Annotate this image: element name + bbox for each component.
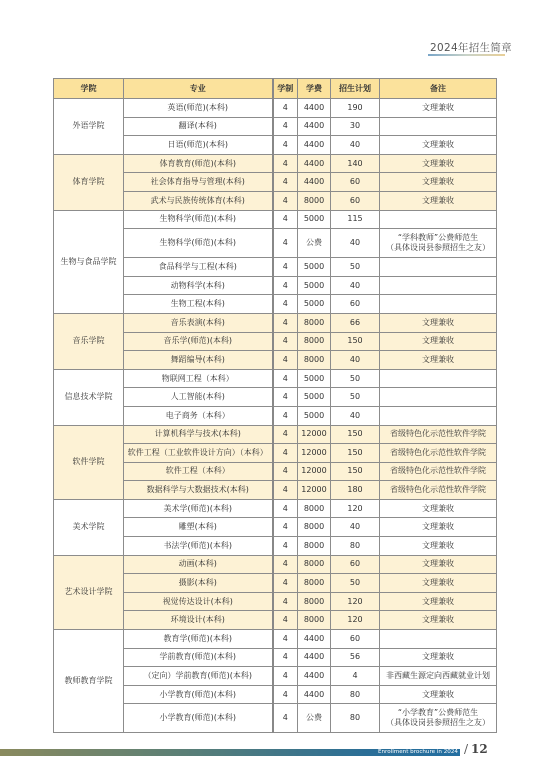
fee-cell: 8000 (298, 499, 331, 518)
major-cell: 学前教育(师范)(本科) (124, 648, 273, 667)
fee-cell: 5000 (298, 210, 331, 229)
note-cell: 文理兼收 (380, 351, 497, 370)
years-cell: 4 (273, 173, 298, 192)
footer-brochure-label: Enrollment brochure in 2024 (372, 749, 460, 756)
plan-cell: 150 (331, 462, 380, 481)
note-cell: 省级特色化示范性软件学院 (380, 481, 497, 500)
years-cell: 4 (273, 667, 298, 686)
college-cell: 艺术设计学院 (54, 555, 124, 629)
table-row: 美术学院美术学(师范)(本科)48000120文理兼收 (54, 499, 497, 518)
note-cell (380, 295, 497, 314)
plan-cell: 50 (331, 369, 380, 388)
plan-cell: 120 (331, 499, 380, 518)
plan-cell: 40 (331, 276, 380, 295)
note-cell: 文理兼收 (380, 136, 497, 155)
years-cell: 4 (273, 369, 298, 388)
years-cell: 4 (273, 462, 298, 481)
note-cell: 文理兼收 (380, 313, 497, 332)
college-cell: 美术学院 (54, 499, 124, 555)
note-cell (380, 210, 497, 229)
plan-cell: 30 (331, 117, 380, 136)
plan-cell: 50 (331, 388, 380, 407)
fee-cell: 4400 (298, 173, 331, 192)
years-cell: 4 (273, 611, 298, 630)
plan-cell: 40 (331, 229, 380, 258)
college-cell: 信息技术学院 (54, 369, 124, 425)
fee-cell: 8000 (298, 574, 331, 593)
plan-cell: 60 (331, 630, 380, 649)
major-cell: 视觉传达设计(本科) (124, 592, 273, 611)
years-cell: 4 (273, 388, 298, 407)
major-cell: 社会体育指导与管理(本科) (124, 173, 273, 192)
plan-cell: 66 (331, 313, 380, 332)
college-cell: 外语学院 (54, 99, 124, 155)
fee-cell: 8000 (298, 592, 331, 611)
years-cell: 4 (273, 518, 298, 537)
note-cell: “小学教育”公费师范生（具体设岗县参照招生之友） (380, 704, 497, 733)
fee-cell: 4400 (298, 630, 331, 649)
table-row: 教师教育学院教育学(师范)(本科)4440060 (54, 630, 497, 649)
plan-cell: 40 (331, 406, 380, 425)
plan-cell: 115 (331, 210, 380, 229)
plan-cell: 120 (331, 611, 380, 630)
plan-cell: 120 (331, 592, 380, 611)
years-cell: 4 (273, 574, 298, 593)
column-header-college: 学院 (54, 79, 124, 99)
plan-cell: 140 (331, 154, 380, 173)
major-cell: 软件工程（本科） (124, 462, 273, 481)
years-cell: 4 (273, 592, 298, 611)
note-cell: 文理兼收 (380, 191, 497, 210)
years-cell: 4 (273, 537, 298, 556)
plan-cell: 60 (331, 555, 380, 574)
note-cell: 文理兼收 (380, 555, 497, 574)
fee-cell: 8000 (298, 191, 331, 210)
note-line-2: （具体设岗县参照招生之友） (380, 718, 496, 728)
years-cell: 4 (273, 210, 298, 229)
major-cell: 美术学(师范)(本科) (124, 499, 273, 518)
fee-cell: 8000 (298, 518, 331, 537)
table-header-row: 学院 专业 学制 学费 招生计划 备注 (54, 79, 497, 99)
major-cell: 舞蹈编导(本科) (124, 351, 273, 370)
major-cell: 摄影(本科) (124, 574, 273, 593)
fee-cell: 8000 (298, 313, 331, 332)
note-cell (380, 406, 497, 425)
major-cell: 书法学(师范)(本科) (124, 537, 273, 556)
years-cell: 4 (273, 499, 298, 518)
years-cell: 4 (273, 258, 298, 277)
table-row: 艺术设计学院动画(本科)4800060文理兼收 (54, 555, 497, 574)
fee-cell: 公费 (298, 704, 331, 733)
note-cell (380, 388, 497, 407)
major-cell: 食品科学与工程(本科) (124, 258, 273, 277)
fee-cell: 8000 (298, 332, 331, 351)
major-cell: 雕塑(本科) (124, 518, 273, 537)
note-cell: 省级特色化示范性软件学院 (380, 444, 497, 463)
major-cell: 音乐学(师范)(本科) (124, 332, 273, 351)
note-cell: 文理兼收 (380, 332, 497, 351)
plan-cell: 40 (331, 518, 380, 537)
years-cell: 4 (273, 229, 298, 258)
fee-cell: 4400 (298, 685, 331, 704)
years-cell: 4 (273, 351, 298, 370)
note-cell (380, 630, 497, 649)
major-cell: 生物科学(师范)(本科) (124, 210, 273, 229)
table-row: 外语学院英语(师范)(本科)44400190文理兼收 (54, 99, 497, 118)
major-cell: 人工智能(本科) (124, 388, 273, 407)
major-cell: 武术与民族传统体育(本科) (124, 191, 273, 210)
table-body: 外语学院英语(师范)(本科)44400190文理兼收翻译(本科)4440030日… (54, 99, 497, 733)
plan-cell: 60 (331, 191, 380, 210)
fee-cell: 4400 (298, 648, 331, 667)
years-cell: 4 (273, 99, 298, 118)
years-cell: 4 (273, 191, 298, 210)
fee-cell: 公费 (298, 229, 331, 258)
major-cell: 体育教育(师范)(本科) (124, 154, 273, 173)
plan-cell: 150 (331, 444, 380, 463)
college-cell: 音乐学院 (54, 313, 124, 369)
major-cell: 动物科学(本科) (124, 276, 273, 295)
note-cell: 省级特色化示范性软件学院 (380, 425, 497, 444)
major-cell: 小学教育(师范)(本科) (124, 704, 273, 733)
major-cell: 物联网工程（本科） (124, 369, 273, 388)
plan-cell: 180 (331, 481, 380, 500)
plan-cell: 40 (331, 351, 380, 370)
note-cell: 文理兼收 (380, 537, 497, 556)
note-cell: 文理兼收 (380, 685, 497, 704)
fee-cell: 8000 (298, 537, 331, 556)
years-cell: 4 (273, 704, 298, 733)
major-cell: 软件工程（工业软件设计方向）（本科） (124, 444, 273, 463)
fee-cell: 5000 (298, 276, 331, 295)
years-cell: 4 (273, 685, 298, 704)
plan-cell: 4 (331, 667, 380, 686)
note-cell: 文理兼收 (380, 592, 497, 611)
column-header-plan: 招生计划 (331, 79, 380, 99)
column-header-fee: 学费 (298, 79, 331, 99)
plan-cell: 80 (331, 537, 380, 556)
college-cell: 生物与食品学院 (54, 210, 124, 313)
years-cell: 4 (273, 313, 298, 332)
plan-cell: 80 (331, 704, 380, 733)
fee-cell: 4400 (298, 99, 331, 118)
column-header-note: 备注 (380, 79, 497, 99)
fee-cell: 4400 (298, 667, 331, 686)
college-cell: 软件学院 (54, 425, 124, 499)
fee-cell: 8000 (298, 611, 331, 630)
page-slash: / (464, 742, 468, 756)
plan-cell: 50 (331, 258, 380, 277)
note-cell (380, 276, 497, 295)
years-cell: 4 (273, 555, 298, 574)
years-cell: 4 (273, 154, 298, 173)
major-cell: 小学教育(师范)(本科) (124, 685, 273, 704)
fee-cell: 5000 (298, 258, 331, 277)
major-cell: 日语(师范)(本科) (124, 136, 273, 155)
plan-cell: 190 (331, 99, 380, 118)
fee-cell: 8000 (298, 351, 331, 370)
years-cell: 4 (273, 444, 298, 463)
fee-cell: 12000 (298, 444, 331, 463)
brochure-title: 2024年招生简章 (430, 40, 512, 55)
years-cell: 4 (273, 630, 298, 649)
years-cell: 4 (273, 117, 298, 136)
fee-cell: 5000 (298, 406, 331, 425)
note-cell: 文理兼收 (380, 154, 497, 173)
plan-cell: 60 (331, 173, 380, 192)
major-cell: （定向）学前教育(师范)(本科) (124, 667, 273, 686)
plan-cell: 150 (331, 425, 380, 444)
page-number-value: 12 (471, 742, 488, 756)
note-cell: 文理兼收 (380, 499, 497, 518)
major-cell: 动画(本科) (124, 555, 273, 574)
note-cell (380, 369, 497, 388)
fee-cell: 5000 (298, 295, 331, 314)
years-cell: 4 (273, 276, 298, 295)
page-number: /12 (464, 742, 488, 756)
college-cell: 教师教育学院 (54, 630, 124, 733)
major-cell: 翻译(本科) (124, 117, 273, 136)
years-cell: 4 (273, 136, 298, 155)
fee-cell: 12000 (298, 425, 331, 444)
major-cell: 音乐表演(本科) (124, 313, 273, 332)
years-cell: 4 (273, 648, 298, 667)
fee-cell: 4400 (298, 117, 331, 136)
table-row: 信息技术学院物联网工程（本科）4500050 (54, 369, 497, 388)
major-cell: 教育学(师范)(本科) (124, 630, 273, 649)
years-cell: 4 (273, 295, 298, 314)
note-cell: 文理兼收 (380, 611, 497, 630)
enrollment-plan-table: 学院 专业 学制 学费 招生计划 备注 外语学院英语(师范)(本科)444001… (53, 78, 497, 733)
column-header-years: 学制 (273, 79, 298, 99)
major-cell: 计算机科学与技术(本科) (124, 425, 273, 444)
fee-cell: 5000 (298, 369, 331, 388)
plan-cell: 150 (331, 332, 380, 351)
note-line-2: （具体设岗县参照招生之友） (380, 243, 496, 253)
note-cell: 省级特色化示范性软件学院 (380, 462, 497, 481)
major-cell: 电子商务（本科） (124, 406, 273, 425)
fee-cell: 8000 (298, 555, 331, 574)
note-cell: 文理兼收 (380, 648, 497, 667)
major-cell: 生物科学(师范)(本科) (124, 229, 273, 258)
fee-cell: 4400 (298, 154, 331, 173)
plan-cell: 56 (331, 648, 380, 667)
fee-cell: 12000 (298, 462, 331, 481)
note-cell: 文理兼收 (380, 99, 497, 118)
major-cell: 环境设计(本科) (124, 611, 273, 630)
table-row: 生物与食品学院生物科学(师范)(本科)45000115 (54, 210, 497, 229)
note-cell: “学科教师”公费师范生（具体设岗县参照招生之友） (380, 229, 497, 258)
note-line-1: “小学教育”公费师范生 (380, 708, 496, 718)
major-cell: 生物工程(本科) (124, 295, 273, 314)
plan-cell: 40 (331, 136, 380, 155)
note-cell: 文理兼收 (380, 518, 497, 537)
plan-cell: 80 (331, 685, 380, 704)
college-cell: 体育学院 (54, 154, 124, 210)
plan-cell: 50 (331, 574, 380, 593)
note-cell: 文理兼收 (380, 574, 497, 593)
title-underline (428, 54, 505, 56)
major-cell: 数据科学与大数据技术(本科) (124, 481, 273, 500)
years-cell: 4 (273, 332, 298, 351)
table-row: 音乐学院音乐表演(本科)4800066文理兼收 (54, 313, 497, 332)
major-cell: 英语(师范)(本科) (124, 99, 273, 118)
years-cell: 4 (273, 425, 298, 444)
note-cell (380, 117, 497, 136)
note-cell: 非西藏生源定向西藏就业计划 (380, 667, 497, 686)
plan-cell: 60 (331, 295, 380, 314)
years-cell: 4 (273, 481, 298, 500)
column-header-major: 专业 (124, 79, 273, 99)
years-cell: 4 (273, 406, 298, 425)
table-row: 软件学院计算机科学与技术(本科)412000150省级特色化示范性软件学院 (54, 425, 497, 444)
note-cell (380, 258, 497, 277)
fee-cell: 12000 (298, 481, 331, 500)
note-line-1: “学科教师”公费师范生 (380, 233, 496, 243)
fee-cell: 4400 (298, 136, 331, 155)
table-row: 体育学院体育教育(师范)(本科)44400140文理兼收 (54, 154, 497, 173)
fee-cell: 5000 (298, 388, 331, 407)
note-cell: 文理兼收 (380, 173, 497, 192)
